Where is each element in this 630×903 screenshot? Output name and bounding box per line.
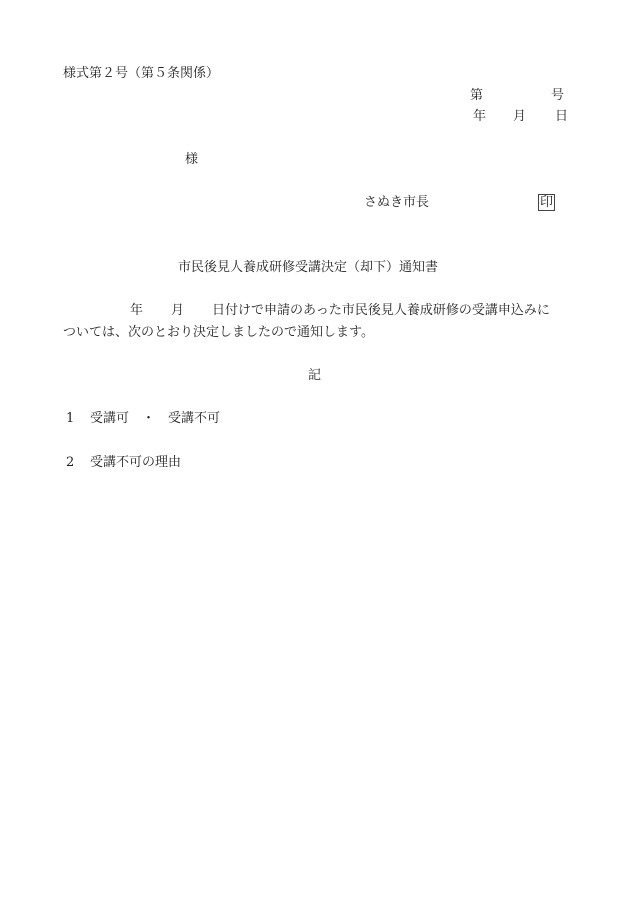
date-year: 年	[473, 109, 486, 125]
date-month: 月	[513, 109, 526, 125]
item-1-text: 受講可 ・ 受講不可	[90, 411, 220, 427]
item-2-text: 受講不可の理由	[90, 455, 181, 471]
body-line1-rest: 日付けで申請のあった市民後見人養成研修の受講申込みに	[212, 303, 550, 319]
number-suffix: 号	[551, 88, 564, 104]
item-2-number: 2	[66, 455, 74, 471]
seal-icon: 印	[538, 194, 555, 211]
body-year: 年	[130, 303, 143, 319]
ki-heading: 記	[308, 368, 321, 384]
addressee-honorific: 様	[185, 152, 198, 168]
number-prefix: 第	[470, 88, 483, 104]
body-line2: ついては、次のとおり決定しましたので通知します。	[63, 325, 374, 341]
date-day: 日	[555, 109, 568, 125]
body-month: 月	[171, 303, 184, 319]
document-title: 市民後見人養成研修受講決定（却下）通知書	[178, 260, 438, 276]
seal-mark: 印	[538, 194, 555, 211]
item-1-number: 1	[66, 411, 74, 427]
sender-name: さぬき市長	[364, 195, 429, 211]
form-label: 様式第２号（第５条関係）	[63, 66, 219, 82]
